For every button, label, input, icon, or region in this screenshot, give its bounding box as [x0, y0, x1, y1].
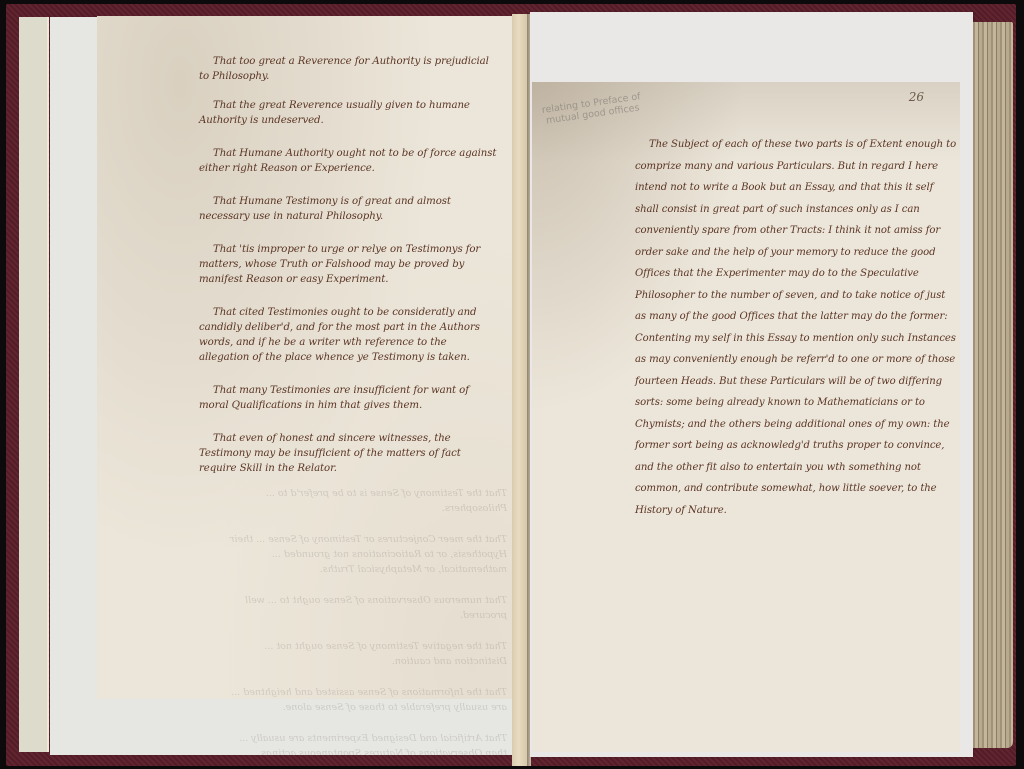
right-manuscript-leaf: 26 relating to Preface of mutual good of…: [532, 82, 960, 752]
showthrough-line: That numerous Observations of Sense ough…: [217, 593, 507, 623]
paragraph: That too great a Reverence for Authority…: [199, 54, 499, 84]
paragraph: The Subject of each of these two parts i…: [635, 134, 957, 521]
pencil-annotation: relating to Preface of mutual good offic…: [541, 91, 643, 127]
paragraph: That 'tis improper to urge or relye on T…: [199, 242, 499, 287]
paragraph: That many Testimonies are insufficient f…: [199, 383, 499, 413]
paragraph: That cited Testimonies ought to be consi…: [199, 305, 499, 365]
showthrough-text: That the Testimony of Sense is to be pre…: [217, 486, 507, 769]
showthrough-line: That the Informations of Sense assisted …: [217, 685, 507, 715]
page-number: 26: [909, 90, 924, 104]
left-manuscript-leaf: That the Testimony of Sense is to be pre…: [97, 16, 512, 699]
showthrough-line: That the meer Conjectures or Testimony o…: [217, 532, 507, 577]
showthrough-line: That the negative Testimony of Sense oug…: [217, 639, 507, 669]
right-page-text: The Subject of each of these two parts i…: [635, 134, 957, 539]
paragraph: That Humane Testimony is of great and al…: [199, 194, 499, 224]
gutter-hinge: [512, 14, 528, 766]
text-block-fore-edge: [973, 22, 1013, 748]
paragraph: That even of honest and sincere witnesse…: [199, 431, 499, 476]
showthrough-line: That Artificial and Designed Experiments…: [217, 731, 507, 761]
left-endpaper: [19, 17, 49, 752]
paragraph: That the great Reverence usually given t…: [199, 98, 499, 128]
paragraph: That Humane Authority ought not to be of…: [199, 146, 499, 176]
left-page-text: That too great a Reverence for Authority…: [199, 54, 499, 494]
